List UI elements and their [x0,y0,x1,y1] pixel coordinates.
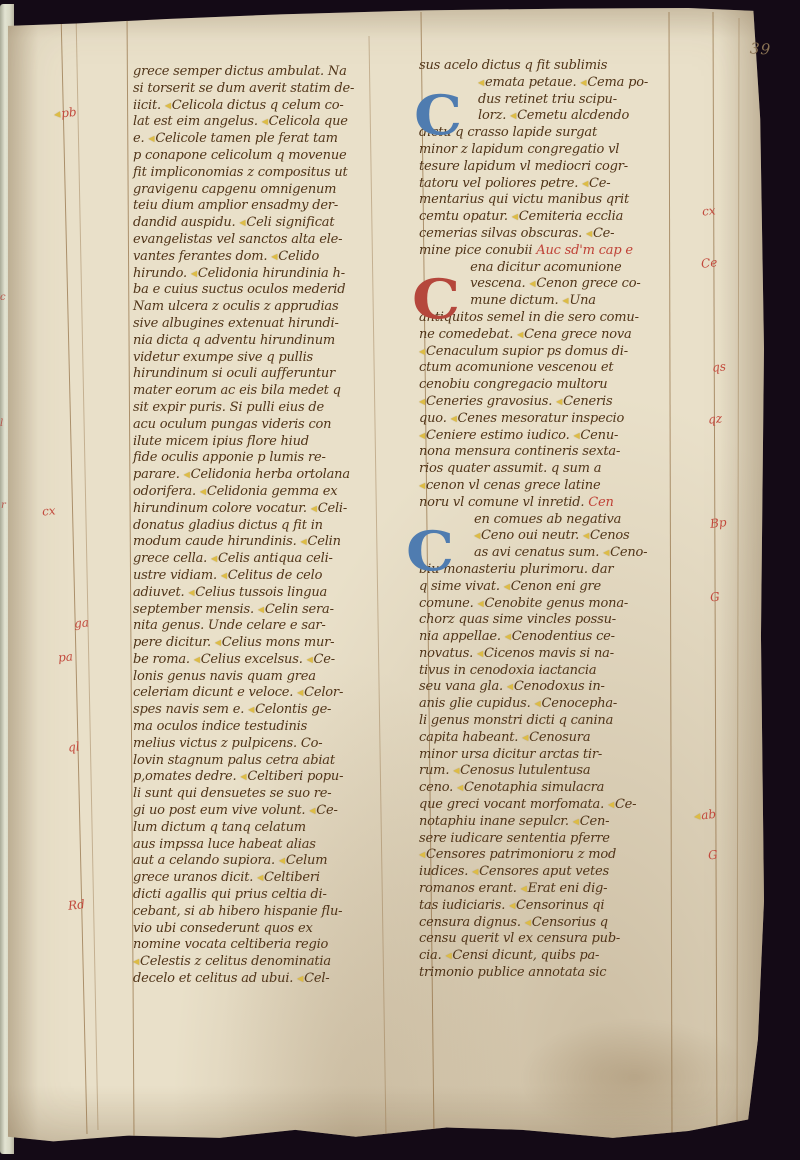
edge-bleed-mark: c [0,292,6,303]
edge-bleed-marks: clr [0,0,800,1160]
edge-bleed-mark: l [0,418,3,429]
edge-bleed-mark: r [1,500,6,511]
manuscript-photo: grece semper dictus ambulat. Nasi torser… [0,0,800,1160]
